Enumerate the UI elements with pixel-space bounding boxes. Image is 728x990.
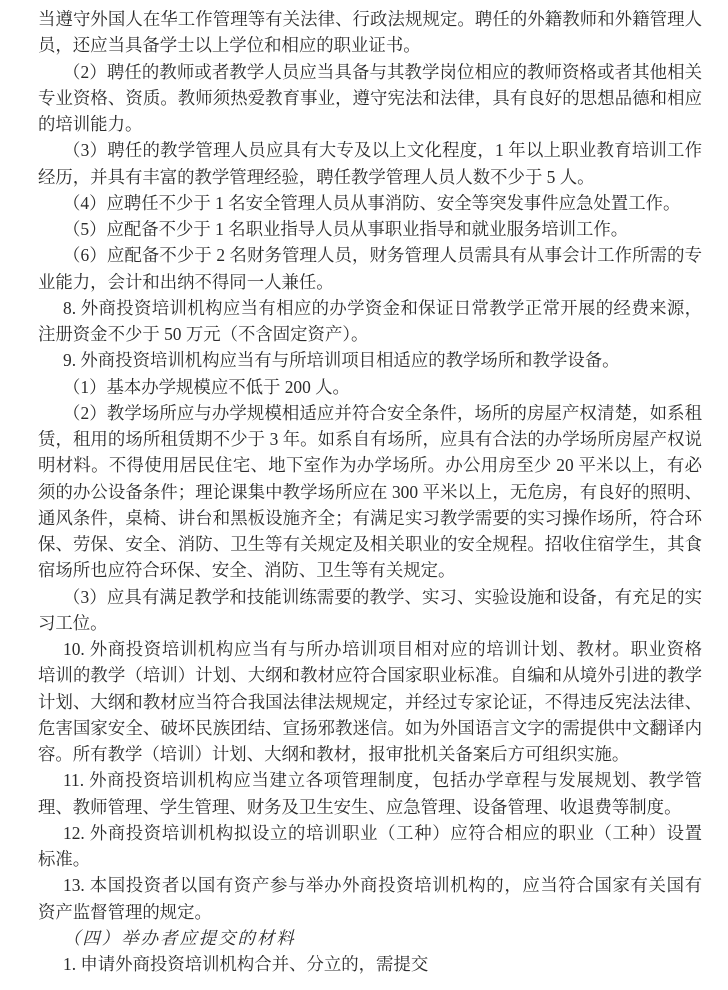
text-line: 赁，租用的场所租赁期不少于 3 年。如系自有场所，应具有合法的办学场所房屋产权说	[38, 426, 702, 452]
text-line: 危害国家安全、破坏民族团结、宣扬邪教迷信。如为外国语言文字的需提供中文翻译内	[38, 715, 702, 741]
section-heading: （四）举办者应提交的材料	[38, 925, 702, 951]
document-page: 当遵守外国人在华工作管理等有关法律、行政法规规定。聘任的外籍教师和外籍管理人 员…	[0, 0, 728, 990]
text-line: 须的办公设备条件；理论课集中教学场所应在 300 平米以上，无危房，有良好的照明…	[38, 479, 702, 505]
text-line: （4）应聘任不少于 1 名安全管理人员从事消防、安全等突发事件应急处置工作。	[38, 190, 702, 216]
text-line: 10. 外商投资培训机构应当有与所办培训项目相对应的培训计划、教材。职业资格	[38, 636, 702, 662]
text-line: 通风条件，桌椅、讲台和黑板设施齐全；有满足实习教学需要的实习操作场所，符合环	[38, 505, 702, 531]
text-line: 明材料。不得使用居民住宅、地下室作为办学场所。办公用房至少 20 平米以上，有必	[38, 452, 702, 478]
text-line: （3）聘任的教学管理人员应具有大专及以上文化程度，1 年以上职业教育培训工作	[38, 137, 702, 163]
text-line: 标准。	[38, 846, 702, 872]
text-line: 业能力，会计和出纳不得同一人兼任。	[38, 269, 702, 295]
text-line: 资产监督管理的规定。	[38, 899, 702, 925]
text-line: 13. 本国投资者以国有资产参与举办外商投资培训机构的，应当符合国家有关国有	[38, 872, 702, 898]
text-line: （5）应配备不少于 1 名职业指导人员从事职业指导和就业服务培训工作。	[38, 216, 702, 242]
text-line: 容。所有教学（培训）计划、大纲和教材，报审批机关备案后方可组织实施。	[38, 741, 702, 767]
text-line: 培训的教学（培训）计划、大纲和教材应符合国家职业标准。自编和从境外引进的教学	[38, 662, 702, 688]
text-line: 员，还应当具备学士以上学位和相应的职业证书。	[38, 32, 702, 58]
text-line: （6）应配备不少于 2 名财务管理人员，财务管理人员需具有从事会计工作所需的专	[38, 242, 702, 268]
text-line: 专业资格、资质。教师须热爱教育事业，遵守宪法和法律，具有良好的思想品德和相应	[38, 85, 702, 111]
text-line: 1. 申请外商投资培训机构合并、分立的，需提交	[38, 951, 702, 977]
text-line: 理、教师管理、学生管理、财务及卫生安生、应急管理、设备管理、收退费等制度。	[38, 794, 702, 820]
text-line: 当遵守外国人在华工作管理等有关法律、行政法规规定。聘任的外籍教师和外籍管理人	[38, 6, 702, 32]
document-body: 当遵守外国人在华工作管理等有关法律、行政法规规定。聘任的外籍教师和外籍管理人 员…	[38, 6, 702, 977]
text-line: （2）聘任的教师或者教学人员应当具备与其教学岗位相应的教师资格或者其他相关	[38, 59, 702, 85]
text-line: 保、劳保、安全、消防、卫生等有关规定及相关职业的安全规程。招收住宿学生，其食	[38, 531, 702, 557]
text-line: 12. 外商投资培训机构拟设立的培训职业（工种）应符合相应的职业（工种）设置	[38, 820, 702, 846]
text-line: （3）应具有满足教学和技能训练需要的教学、实习、实验设施和设备，有充足的实	[38, 584, 702, 610]
text-line: 经历，并具有丰富的教学管理经验，聘任教学管理人员人数不少于 5 人。	[38, 164, 702, 190]
text-line: （1）基本办学规模应不低于 200 人。	[38, 374, 702, 400]
text-line: 9. 外商投资培训机构应当有与所培训项目相适应的教学场所和教学设备。	[38, 347, 702, 373]
text-line: 习工位。	[38, 610, 702, 636]
text-line: 11. 外商投资培训机构应当建立各项管理制度，包括办学章程与发展规划、教学管	[38, 767, 702, 793]
text-line: 注册资金不少于 50 万元（不含固定资产）。	[38, 321, 702, 347]
text-line: （2）教学场所应与办学规模相适应并符合安全条件，场所的房屋产权清楚，如系租	[38, 400, 702, 426]
text-line: 8. 外商投资培训机构应当有相应的办学资金和保证日常教学正常开展的经费来源，	[38, 295, 702, 321]
text-line: 宿场所也应符合环保、安全、消防、卫生等有关规定。	[38, 557, 702, 583]
text-line: 的培训能力。	[38, 111, 702, 137]
text-line: 计划、大纲和教材应当符合我国法律法规规定，并经过专家论证，不得违反宪法法律、	[38, 689, 702, 715]
